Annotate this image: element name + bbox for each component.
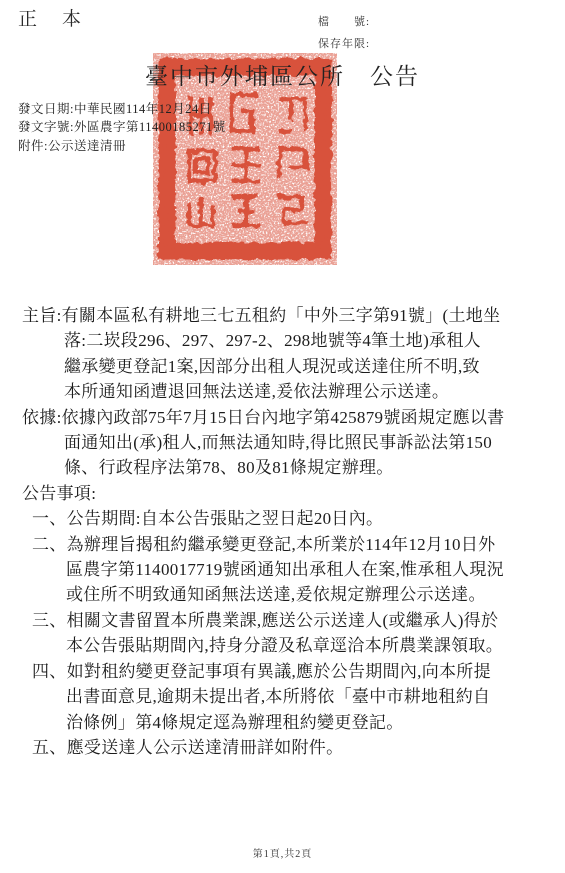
body-line: 五、應受送達人公示送達清冊詳如附件。 xyxy=(0,735,565,760)
body-line: 公告事項: xyxy=(0,481,565,506)
issue-date: 發文日期:中華民國114年12月24日 xyxy=(18,100,226,118)
body-line: 區農字第1140017719號函通知出承租人在案,惟承租人現況 xyxy=(0,557,565,582)
body-line: 出書面意見,逾期未提出者,本所將依「臺中市耕地租約自 xyxy=(0,684,565,709)
body-line: 治條例」第4條規定逕為辦理租約變更登記。 xyxy=(0,710,565,735)
body-line: 落:二崁段296、297、297-2、298地號等4筆土地)承租人 xyxy=(0,328,565,353)
document-meta: 發文日期:中華民國114年12月24日 發文字號:外區農字第1140018527… xyxy=(18,100,226,155)
body-line: 四、如對租約變更登記事項有異議,應於公告期間內,向本所提 xyxy=(0,659,565,684)
body-line: 二、為辦理旨揭租約繼承變更登記,本所業於114年12月10日外 xyxy=(0,532,565,557)
retention-period-label: 保存年限: xyxy=(318,33,370,55)
body-lines: 主旨:有關本區私有耕地三七五租約「中外三字第91號」(土地坐落:二崁段296、2… xyxy=(0,303,565,760)
announcement-document: { "header": { "copy_label": "正 本", "file… xyxy=(0,0,565,873)
body-line: 一、公告期間:自本公告張貼之翌日起20日內。 xyxy=(0,506,565,531)
copy-type-label: 正 本 xyxy=(18,4,84,31)
page-number: 第1頁,共2頁 xyxy=(0,845,565,860)
body-line: 條、行政程序法第78、80及81條規定辦理。 xyxy=(0,455,565,480)
body-line: 主旨:有關本區私有耕地三七五租約「中外三字第91號」(土地坐 xyxy=(0,303,565,328)
body-line: 面通知出(承)租人,而無法通知時,得比照民事訴訟法第150 xyxy=(0,430,565,455)
body-line: 本所通知函遭退回無法送達,爰依法辦理公示送達。 xyxy=(0,379,565,404)
body-line: 繼承變更登記1案,因部分出租人現況或送達住所不明,致 xyxy=(0,354,565,379)
attachment-note: 附件:公示送達清冊 xyxy=(18,137,226,155)
file-number-label: 檔 號: xyxy=(318,11,370,33)
body-line: 本公告張貼期間內,持身分證及私章逕洽本所農業課領取。 xyxy=(0,633,565,658)
document-number: 發文字號:外區農字第11400185271號 xyxy=(18,118,226,136)
body-line: 三、相關文書留置本所農業課,應送公示送達人(或繼承人)得於 xyxy=(0,608,565,633)
body-line: 或住所不明致通知函無法送達,爰依規定辦理公示送達。 xyxy=(0,582,565,607)
file-number-block: 檔 號: 保存年限: xyxy=(318,11,370,55)
body-line: 依據:依據內政部75年7月15日台內地字第425879號函規定應以書 xyxy=(0,405,565,430)
document-title: 臺中市外埔區公所 公告 xyxy=(0,58,565,91)
